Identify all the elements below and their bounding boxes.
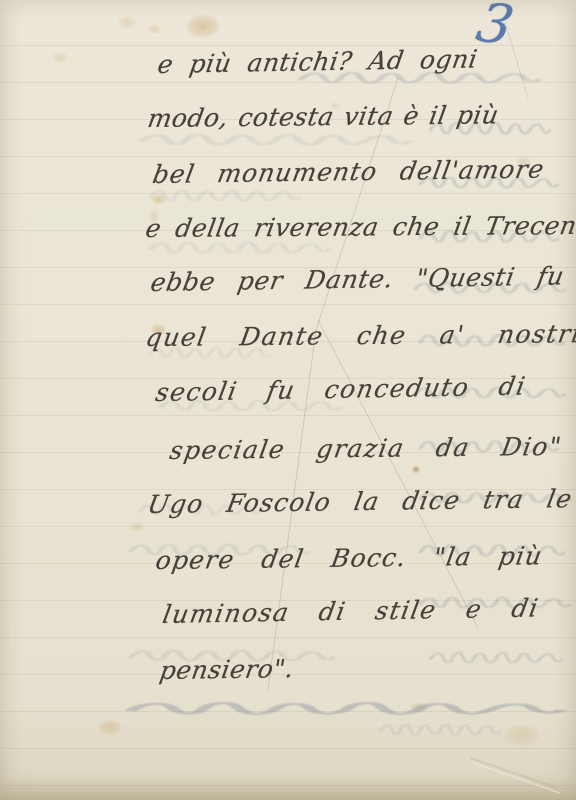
handwritten-line: Ugo Foscolo la dice tra le — [145, 484, 575, 519]
handwritten-line: secoli fu conceduto di — [153, 371, 528, 407]
handwritten-line: quel Dante che a' nostri — [144, 319, 576, 352]
handwritten-line: ebbe per Dante. "Questi fu — [148, 261, 566, 297]
handwritten-line: bel monumento dell'amore — [150, 154, 547, 189]
handwritten-line: e della riverenza che il Trecento — [144, 211, 576, 243]
handwritten-line: pensiero". — [158, 654, 297, 685]
handwritten-text-block: e più antichi? Ad ogni modo, cotesta vit… — [0, 0, 576, 800]
handwritten-line: opere del Bocc. "la più — [154, 541, 545, 575]
handwritten-line: luminosa di stile e di — [160, 593, 541, 629]
handwritten-line: speciale grazia da Dio" — [168, 432, 565, 465]
handwritten-line: modo, cotesta vita è il più — [146, 100, 501, 133]
handwritten-line: e più antichi? Ad ogni — [156, 44, 480, 79]
letter-page: 3 e più antichi? Ad ogni modo, cotesta v… — [0, 0, 576, 800]
